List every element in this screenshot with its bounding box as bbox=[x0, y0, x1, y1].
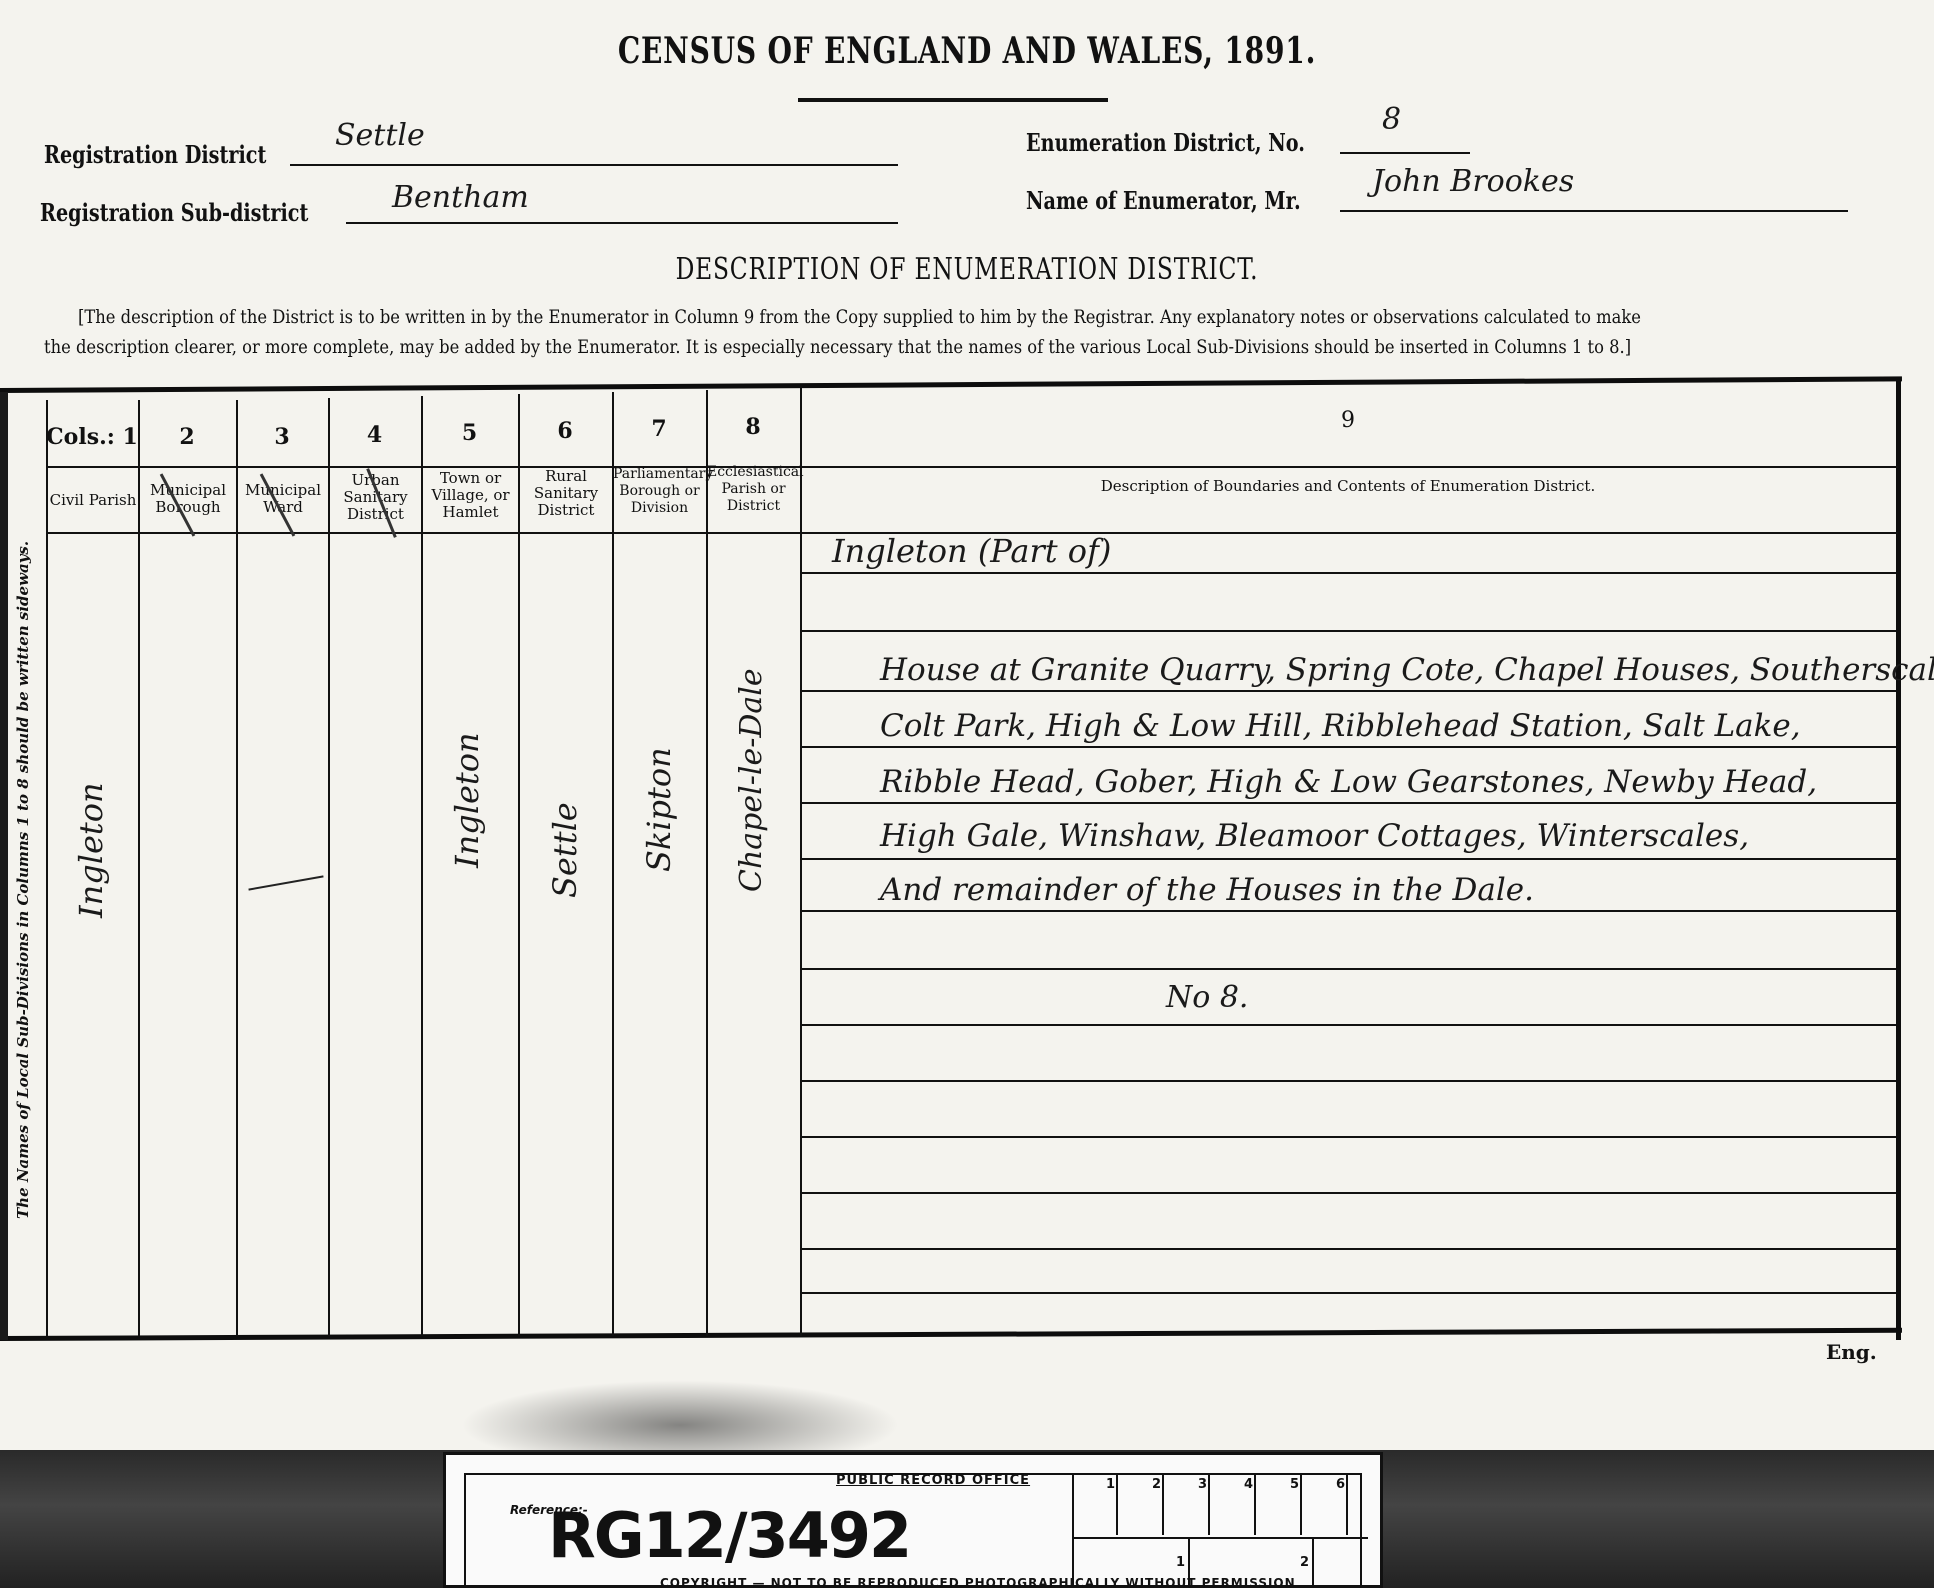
column-number-3: 3 bbox=[236, 424, 328, 450]
ruled-line bbox=[800, 858, 1896, 860]
column-number-9: 9 bbox=[800, 408, 1896, 433]
ruler-label: 1 bbox=[1176, 1555, 1185, 1570]
ruler-label: 4 bbox=[1244, 1477, 1253, 1492]
table-bottom-border bbox=[0, 1328, 1902, 1341]
description-line-1: Ingleton (Part of) bbox=[832, 532, 1111, 570]
column-number-5: 5 bbox=[421, 420, 518, 446]
description-line-4: Colt Park, High & Low Hill, Ribblehead S… bbox=[880, 708, 1801, 744]
ruler-tick bbox=[1116, 1475, 1118, 1535]
ruled-line bbox=[800, 746, 1896, 748]
ruler-label: 3 bbox=[1198, 1477, 1207, 1492]
ruled-line bbox=[800, 1136, 1896, 1138]
column-label-ecclesiastical-parish: Ecclesiastical Parish or District bbox=[707, 464, 800, 515]
enumeration-district-label: Enumeration District, No. bbox=[1026, 128, 1305, 157]
ruled-line bbox=[800, 910, 1896, 912]
ruler-tick bbox=[1300, 1475, 1302, 1535]
ruler-tick bbox=[1312, 1539, 1314, 1588]
enumerator-underline bbox=[1340, 210, 1848, 212]
table-left-border bbox=[0, 392, 8, 1340]
stamp-reference-number: RG12/3492 bbox=[548, 1499, 910, 1572]
column-number-8: 8 bbox=[706, 414, 800, 440]
entry-ecclesiastical-parish: Chapel-le-Dale bbox=[734, 590, 769, 970]
ruled-line bbox=[800, 572, 1896, 574]
table-top-border bbox=[0, 376, 1902, 393]
registration-district-value: Settle bbox=[335, 118, 425, 153]
enumeration-district-underline bbox=[1340, 152, 1470, 154]
column-divider bbox=[236, 400, 238, 1336]
column-number-1: Cols.: 1 bbox=[46, 424, 138, 450]
ruler-divider bbox=[1072, 1537, 1368, 1539]
description-line-7: And remainder of the Houses in the Dale. bbox=[880, 872, 1534, 908]
header-row-divider bbox=[46, 466, 1898, 468]
column-divider bbox=[138, 400, 140, 1336]
sidebar-note: The Names of Local Sub-Divisions in Colu… bbox=[14, 520, 32, 1240]
description-heading: DESCRIPTION OF ENUMERATION DISTRICT. bbox=[213, 252, 1722, 287]
ruler-left-edge bbox=[1072, 1475, 1074, 1588]
ruled-line bbox=[800, 968, 1896, 970]
enumerator-label: Name of Enumerator, Mr. bbox=[1026, 186, 1301, 215]
footer-mark: Eng. bbox=[1826, 1340, 1877, 1364]
registration-subdistrict-underline bbox=[346, 222, 898, 224]
ruled-line bbox=[800, 802, 1896, 804]
column-divider bbox=[328, 398, 330, 1336]
ruler-label: 5 bbox=[1290, 1477, 1299, 1492]
entry-rural-sanitary-district: Settle bbox=[546, 750, 584, 950]
instruction-line-1: [The description of the District is to b… bbox=[78, 302, 1660, 332]
ruler-label: 6 bbox=[1336, 1477, 1345, 1492]
description-line-5: Ribble Head, Gober, High & Low Gearstone… bbox=[880, 764, 1817, 800]
registration-subdistrict-label: Registration Sub-district bbox=[40, 198, 308, 227]
column-divider bbox=[518, 394, 520, 1336]
entry-parliamentary-division: Skipton bbox=[640, 660, 678, 960]
ruler-tick bbox=[1254, 1475, 1256, 1535]
table-right-border bbox=[1896, 380, 1901, 1340]
ruled-line bbox=[800, 1080, 1896, 1082]
stamp-office: PUBLIC RECORD OFFICE bbox=[836, 1473, 1030, 1488]
column-label-civil-parish: Civil Parish bbox=[48, 492, 138, 509]
stamp-copyright: COPYRIGHT — NOT TO BE REPRODUCED PHOTOGR… bbox=[660, 1576, 1296, 1588]
column-number-7: 7 bbox=[612, 416, 706, 442]
description-district-number: No 8. bbox=[1166, 980, 1248, 1015]
column-divider bbox=[421, 396, 423, 1336]
ruled-line bbox=[800, 1024, 1896, 1026]
instruction-line-2: the description clearer, or more complet… bbox=[44, 332, 1626, 362]
registration-district-label: Registration District bbox=[44, 140, 266, 169]
ruled-line bbox=[800, 1248, 1896, 1250]
ruler-label: 2 bbox=[1152, 1477, 1161, 1492]
column-number-4: 4 bbox=[328, 422, 421, 448]
column-label-parliamentary-borough: Parliamentary Borough or Division bbox=[613, 466, 706, 517]
description-line-3: House at Granite Quarry, Spring Cote, Ch… bbox=[880, 652, 1934, 688]
ruled-line bbox=[800, 1292, 1896, 1294]
entry-civil-parish: Ingleton bbox=[72, 700, 110, 1000]
registration-subdistrict-value: Bentham bbox=[392, 180, 529, 215]
column-label-rural-sanitary-district: Rural Sanitary District bbox=[520, 468, 612, 519]
registration-district-underline bbox=[290, 164, 898, 166]
document-title: CENSUS OF ENGLAND AND WALES, 1891. bbox=[213, 30, 1722, 72]
column-label-municipal-borough: Municipal Borough bbox=[140, 482, 236, 516]
enumerator-value: John Brookes bbox=[1372, 164, 1574, 199]
ruled-line bbox=[800, 630, 1896, 632]
column-divider bbox=[46, 400, 48, 1336]
entry-town-village: Ingleton bbox=[448, 650, 486, 950]
description-line-6: High Gale, Winshaw, Bleamoor Cottages, W… bbox=[880, 818, 1749, 854]
ruler-tick bbox=[1346, 1475, 1348, 1535]
reference-stamp: PUBLIC RECORD OFFICE Reference:- RG12/34… bbox=[443, 1452, 1383, 1588]
ruler-tick bbox=[1208, 1475, 1210, 1535]
column-number-2: 2 bbox=[138, 424, 236, 450]
column-label-urban-sanitary-district: Urban Sanitary District bbox=[330, 472, 421, 523]
ruler-tick bbox=[1162, 1475, 1164, 1535]
entry-municipal-ward-dash bbox=[248, 875, 323, 890]
enumeration-district-value: 8 bbox=[1382, 102, 1401, 137]
ruled-line bbox=[800, 1192, 1896, 1194]
column-label-town-village-hamlet: Town or Village, or Hamlet bbox=[423, 470, 518, 521]
column-number-6: 6 bbox=[518, 418, 612, 444]
title-divider bbox=[798, 98, 1108, 102]
ruled-line bbox=[800, 690, 1896, 692]
column-label-description: Description of Boundaries and Contents o… bbox=[800, 478, 1896, 495]
ruler-label: 1 bbox=[1106, 1477, 1115, 1492]
column-label-municipal-ward: Municipal Ward bbox=[238, 482, 328, 516]
ruler-label: 2 bbox=[1300, 1555, 1309, 1570]
